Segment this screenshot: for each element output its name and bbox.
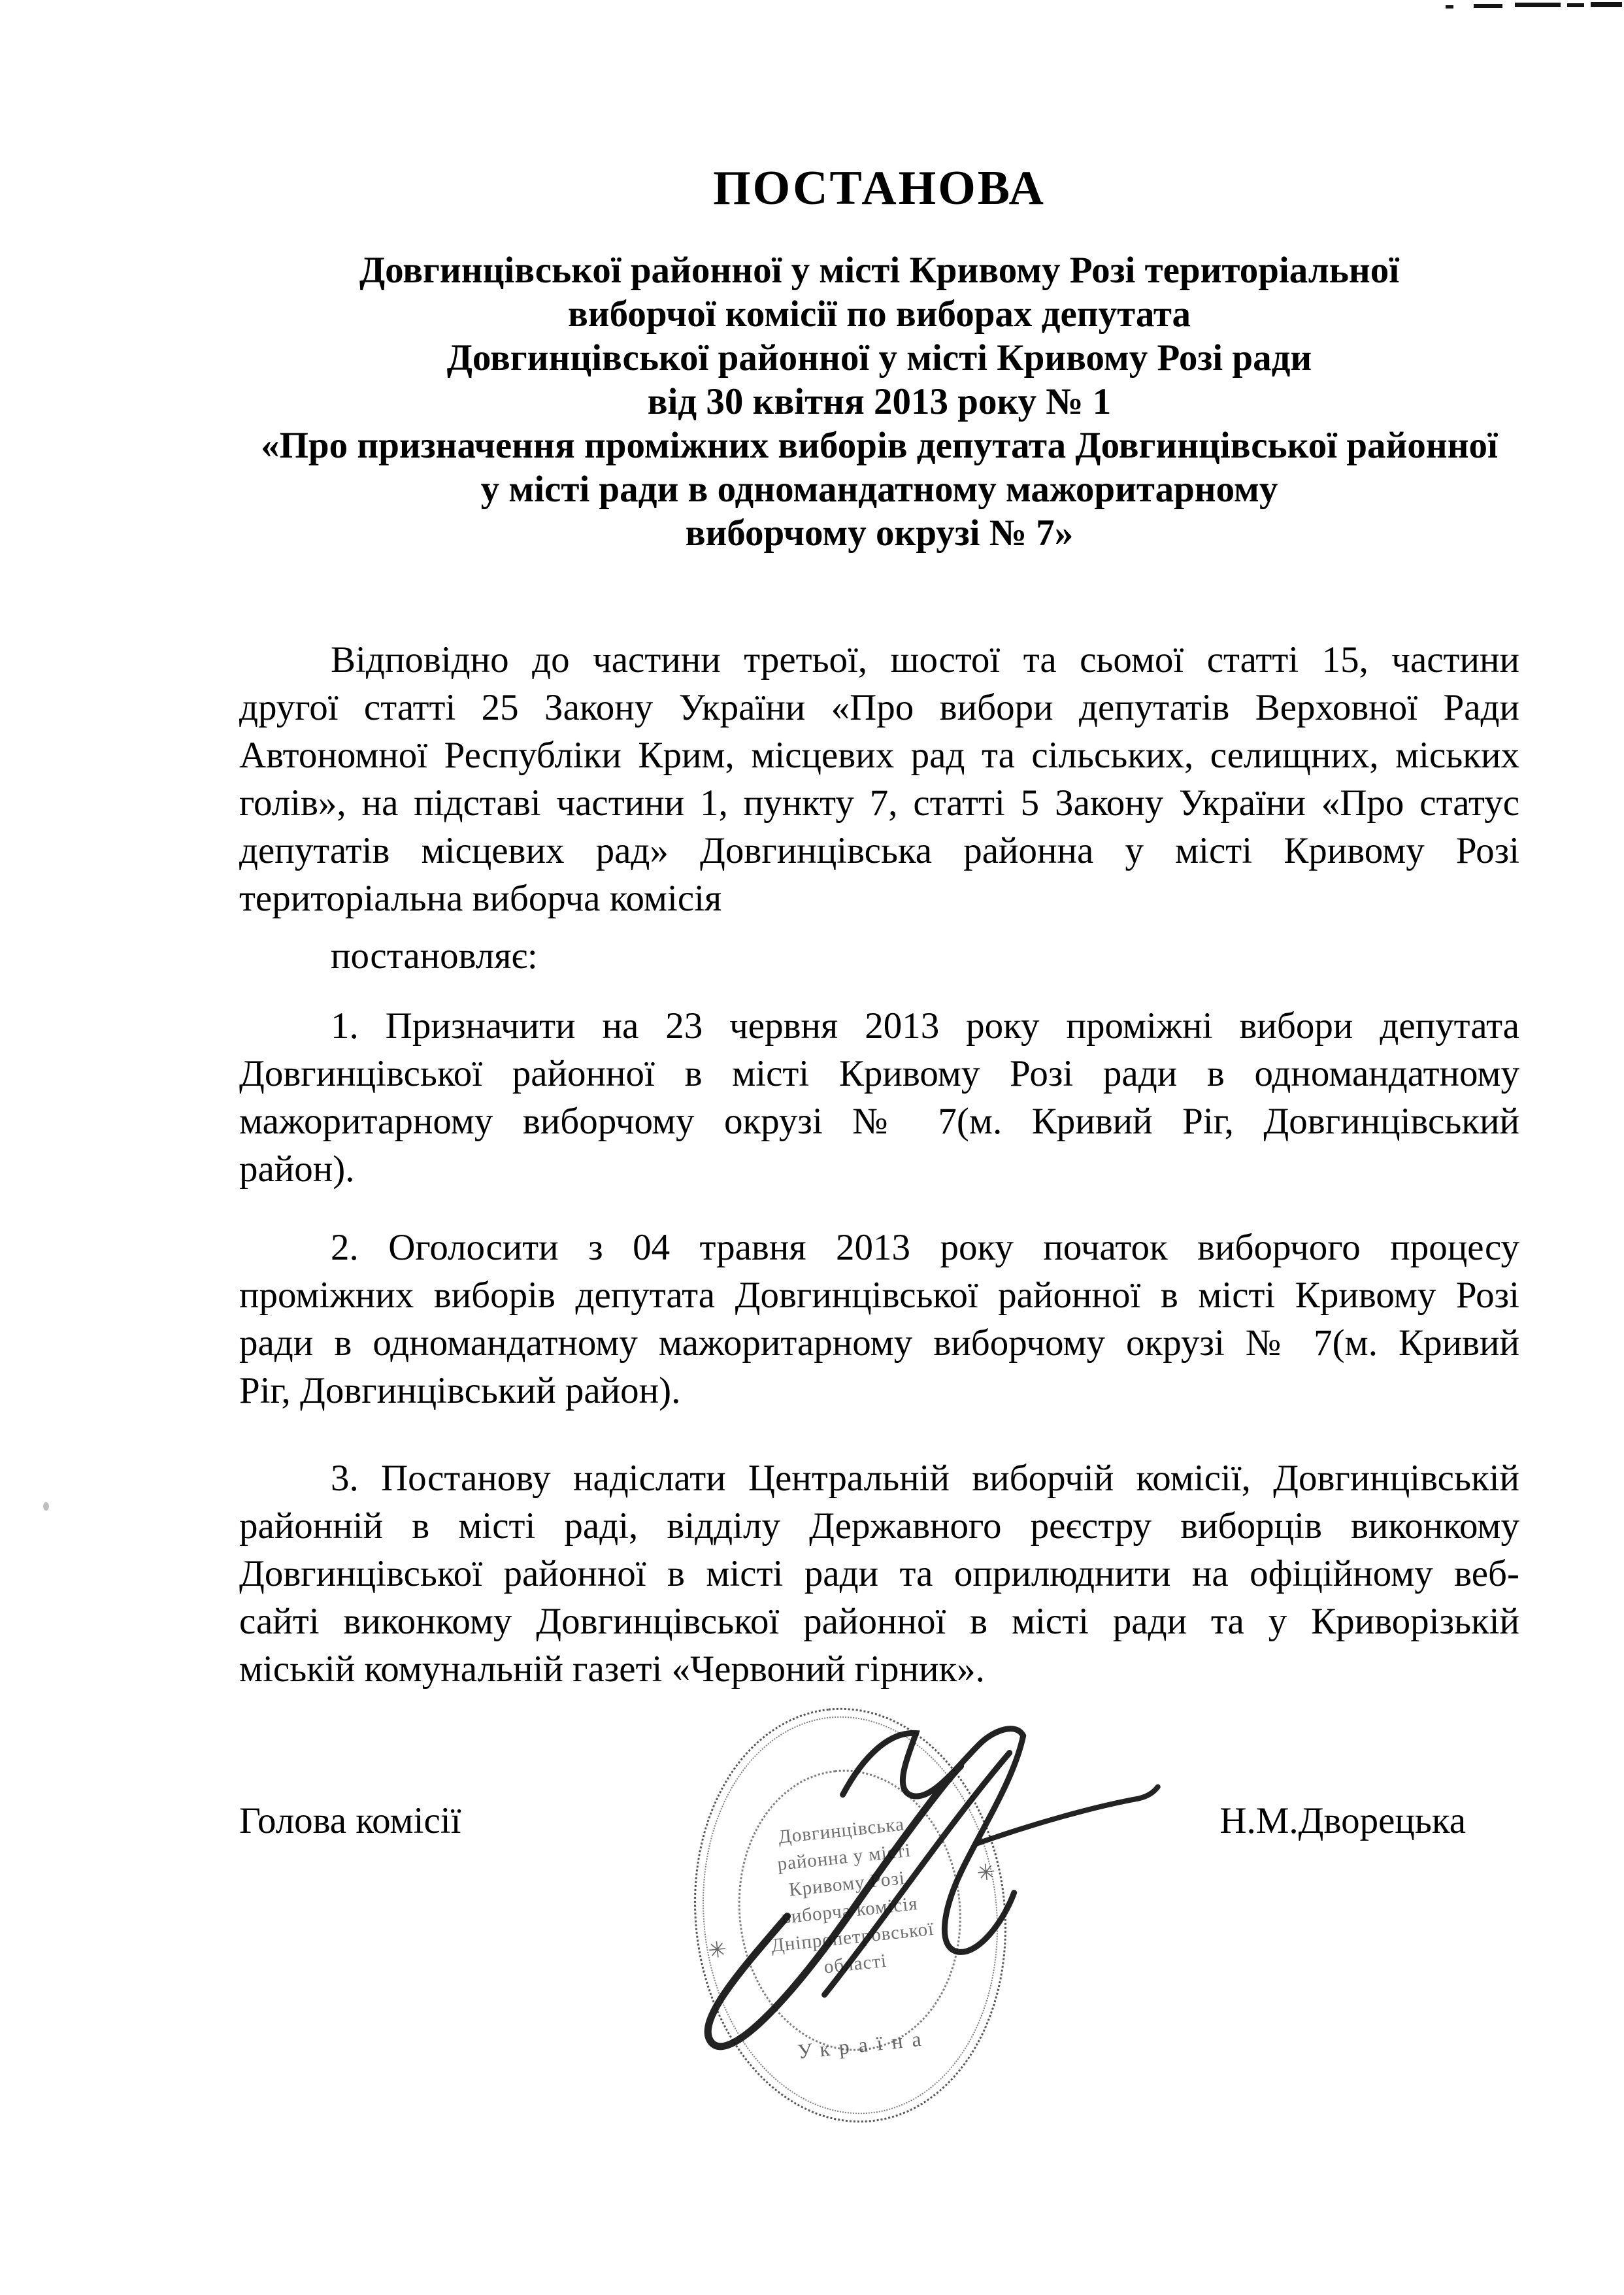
- text-line: територіальна виборча комісія: [239, 875, 1519, 922]
- text-line: у місті ради в одномандатному мажоритарн…: [239, 467, 1519, 511]
- text-line: район).: [239, 1145, 1519, 1193]
- text-line: 3. Постанову надіслати Центральній вибор…: [239, 1454, 1519, 1502]
- scan-speck: [43, 1502, 49, 1511]
- text-line: проміжних виборів депутата Довгинцівсько…: [239, 1271, 1519, 1319]
- text-line: виборчому окрузі № 7»: [239, 511, 1519, 555]
- text-line: Автономної Республіки Крим, місцевих рад…: [239, 731, 1519, 779]
- signature-scribble: [654, 1673, 1189, 2066]
- text-line: Відповідно до частини третьої, шостої та…: [239, 636, 1519, 684]
- text-line: сайті виконкому Довгинцівської районної …: [239, 1598, 1519, 1645]
- intro-paragraph: Відповідно до частини третьої, шостої та…: [239, 636, 1519, 922]
- text-line: Ріг, Довгинцівський район).: [239, 1367, 1519, 1415]
- scan-artifact: [1515, 3, 1561, 7]
- list-item-2: 2. Оголосити з 04 травня 2013 року почат…: [239, 1224, 1519, 1415]
- text-line: мажоритарному виборчому окрузі № 7(м. Кр…: [239, 1097, 1519, 1145]
- text-line: від 30 квітня 2013 року № 1: [239, 380, 1519, 424]
- text-line: Довгинцівської районної у місті Кривому …: [239, 248, 1519, 292]
- text-line: «Про призначення проміжних виборів депут…: [239, 424, 1519, 467]
- document-title: ПОСТАНОВА: [239, 161, 1519, 216]
- text-line: районній в місті раді, відділу Державног…: [239, 1502, 1519, 1550]
- signature-name: Н.М.Дворецька: [1219, 1800, 1466, 1842]
- signature-role: Голова комісії: [239, 1800, 461, 1842]
- text-line: виборчої комісії по виборах депутата: [239, 292, 1519, 336]
- scan-artifact: [1567, 3, 1584, 7]
- text-line: Довгинцівської районної у місті Кривому …: [239, 336, 1519, 380]
- document-heading: Довгинцівської районної у місті Кривому …: [239, 248, 1519, 555]
- list-item-3: 3. Постанову надіслати Центральній вибор…: [239, 1454, 1519, 1693]
- scan-artifact: [1591, 2, 1622, 7]
- text-line: ради в одномандатному мажоритарному вибо…: [239, 1319, 1519, 1367]
- text-line: голів», на підставі частини 1, пункту 7,…: [239, 779, 1519, 827]
- resolution-clause: постановляє:: [239, 932, 1519, 980]
- text-line: 2. Оголосити з 04 травня 2013 року почат…: [239, 1224, 1519, 1271]
- text-line: Довгинцівської районної в місті Кривому …: [239, 1050, 1519, 1097]
- text-line: Довгинцівської районної в місті ради та …: [239, 1550, 1519, 1598]
- text-line: депутатів місцевих рад» Довгинцівська ра…: [239, 827, 1519, 875]
- text-line: 1. Призначити на 23 червня 2013 року про…: [239, 1002, 1519, 1050]
- text-line: другої статті 25 Закону України «Про виб…: [239, 684, 1519, 731]
- list-item-1: 1. Призначити на 23 червня 2013 року про…: [239, 1002, 1519, 1193]
- resolution-word: постановляє:: [239, 932, 1519, 980]
- scanned-document-page: ПОСТАНОВА Довгинцівської районної у міст…: [0, 0, 1624, 2295]
